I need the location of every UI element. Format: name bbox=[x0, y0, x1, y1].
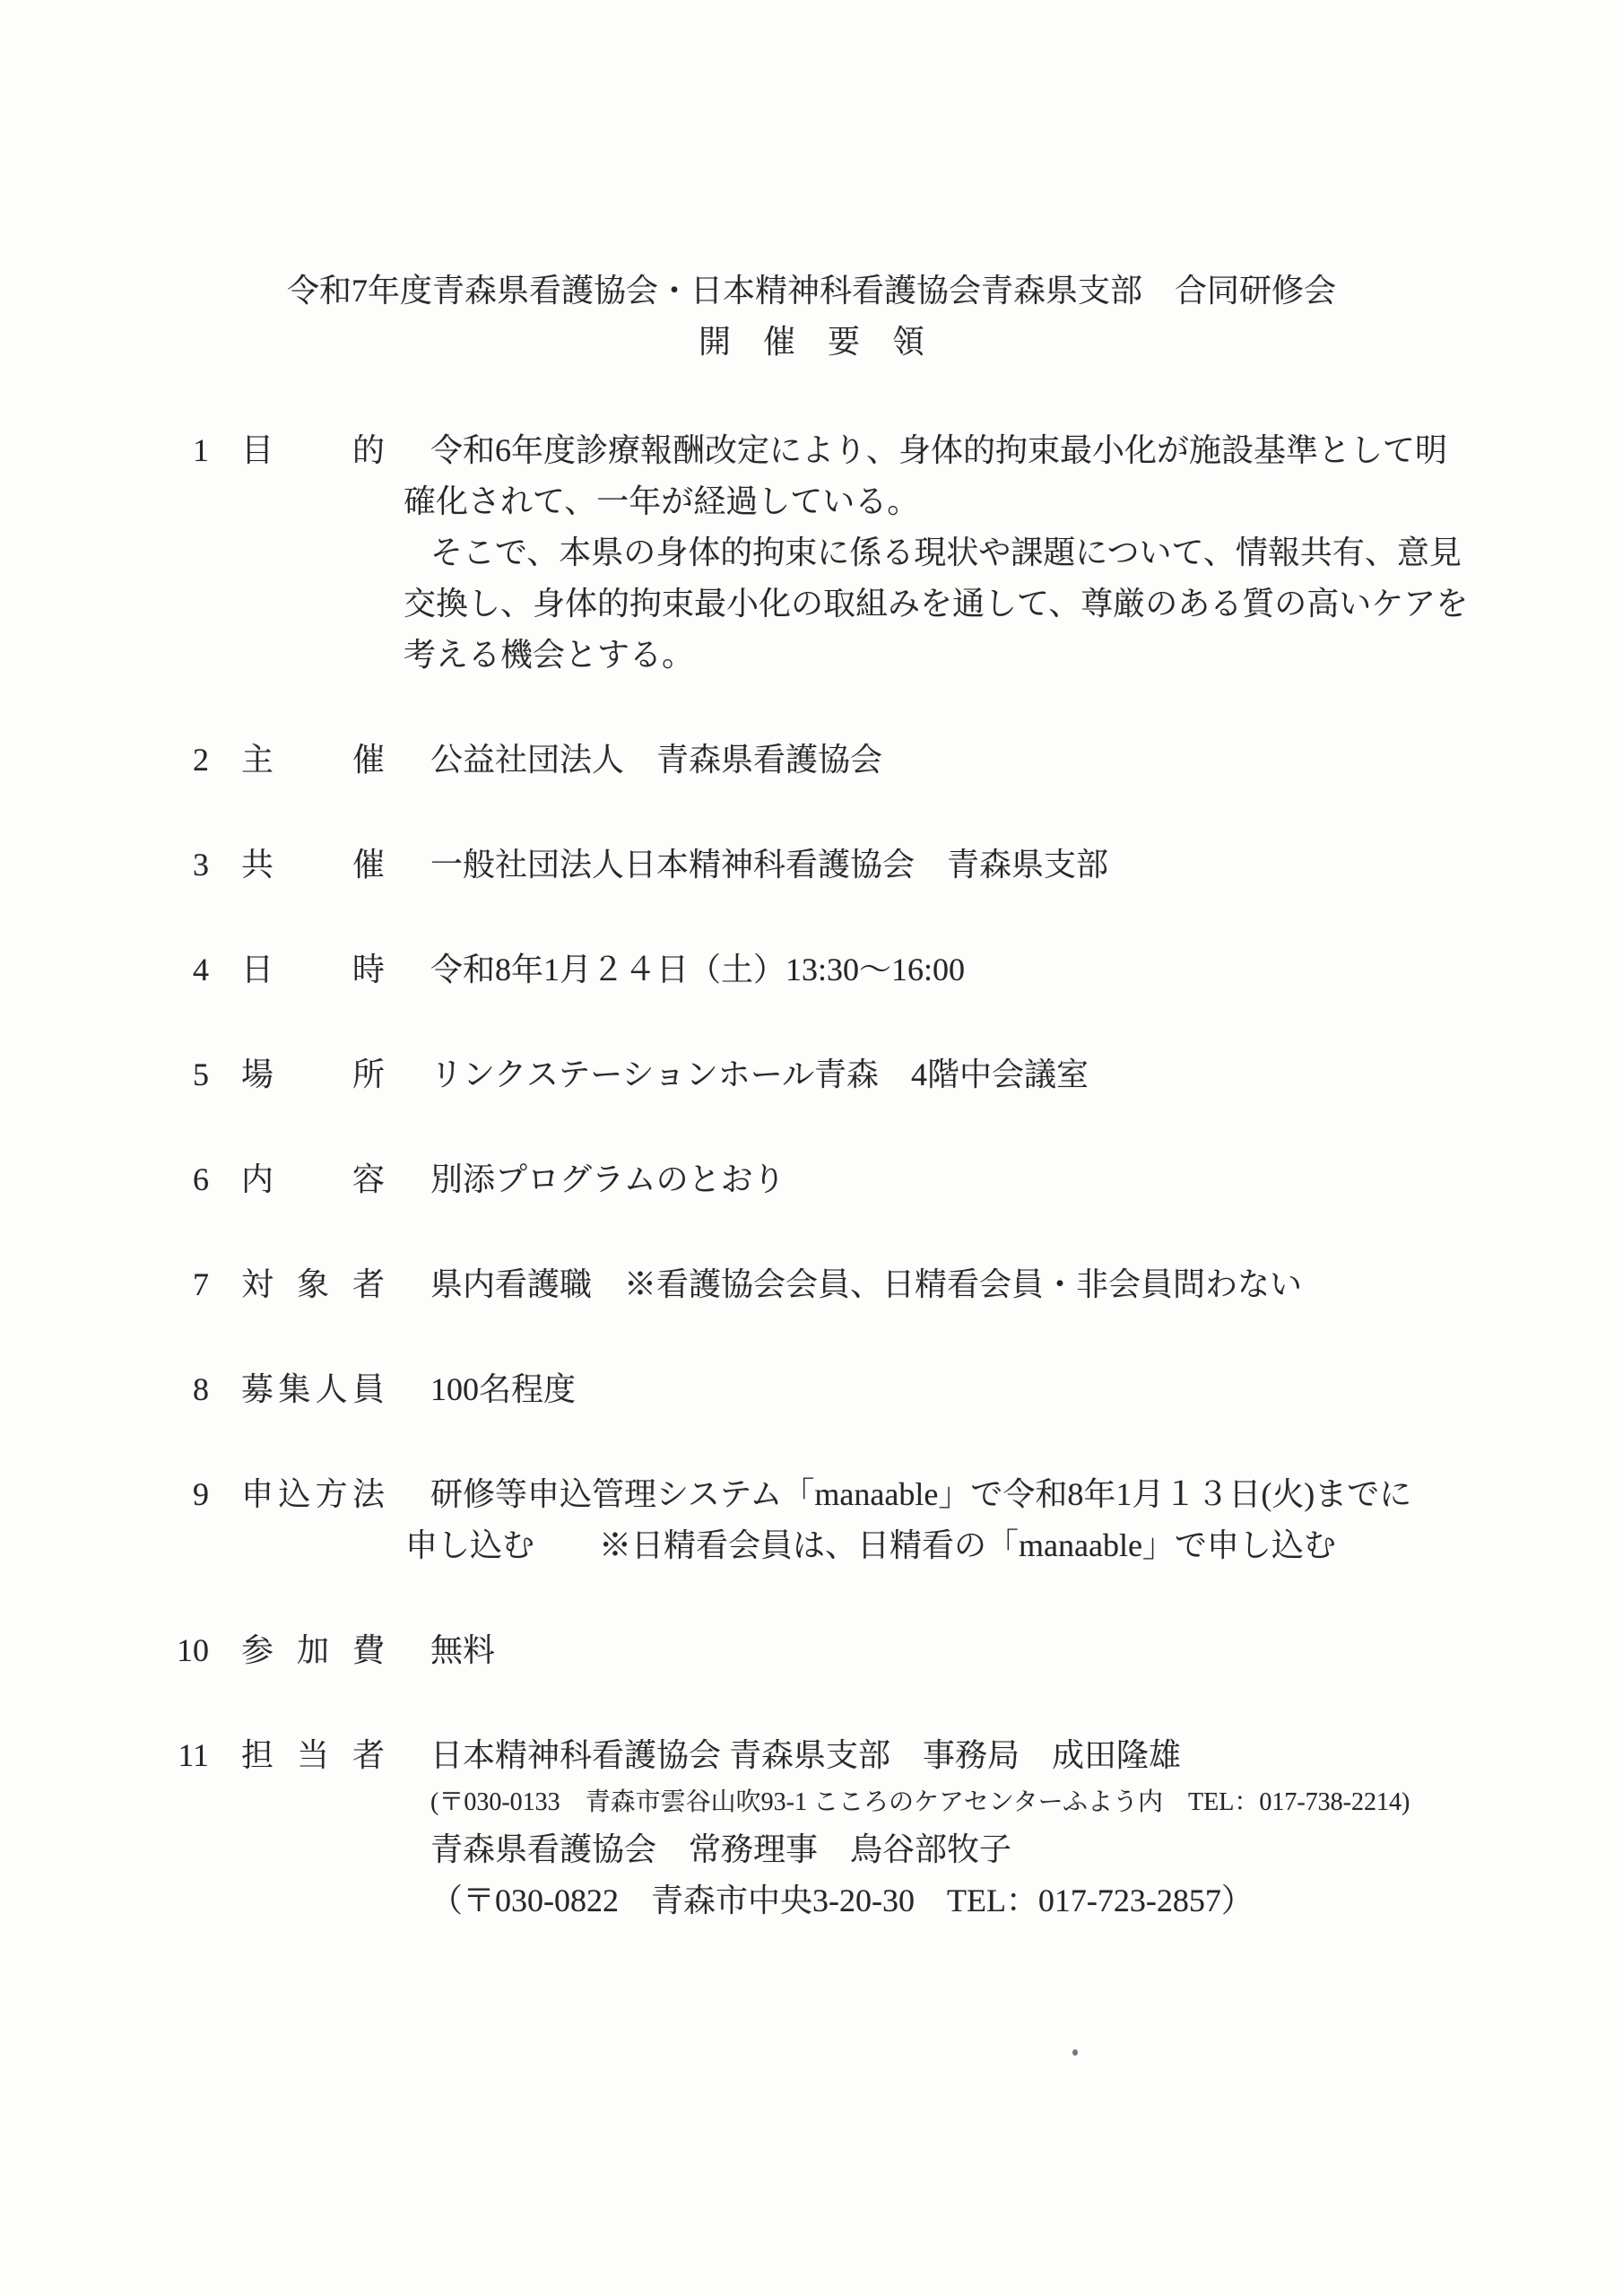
content-line: 申し込む ※日精看会員は、日精看の「manaable」で申し込む bbox=[405, 1520, 1623, 1571]
section-number: 3 bbox=[157, 839, 209, 891]
section-label: 募集人員 bbox=[241, 1364, 385, 1415]
section-label: 担当者 bbox=[241, 1730, 385, 1781]
section-row-organizer: 2 主催 公益社団法人 青森県看護協会 bbox=[0, 735, 1623, 786]
section-content: 一般社団法人日本精神科看護協会 青森県支部 bbox=[430, 839, 1623, 891]
section-content: 令和6年度診療報酬改定により、身体的拘束最小化が施設基準として明 確化されて、一… bbox=[404, 425, 1623, 681]
section-number: 2 bbox=[157, 735, 209, 786]
section-number: 6 bbox=[157, 1154, 209, 1205]
content-line: 令和6年度診療報酬改定により、身体的拘束最小化が施設基準として明 bbox=[404, 425, 1623, 476]
section-content: 研修等申込管理システム「manaable」で令和8年1月１３日(火)までに 申し… bbox=[430, 1469, 1623, 1571]
content-line: 県内看護職 ※看護協会会員、日精看会員・非会員問わない bbox=[430, 1259, 1623, 1310]
section-label: 目的 bbox=[241, 425, 385, 476]
section-row-capacity: 8 募集人員 100名程度 bbox=[0, 1364, 1623, 1415]
section-number: 9 bbox=[157, 1469, 209, 1520]
content-line-address: （〒030-0822 青森市中央3-20-30 TEL：017-723-2857… bbox=[430, 1875, 1623, 1926]
content-line: そこで、本県の身体的拘束に係る現状や課題について、情報共有、意見 bbox=[404, 527, 1623, 578]
section-content: 別添プログラムのとおり bbox=[430, 1154, 1623, 1205]
section-number: 1 bbox=[157, 425, 209, 476]
section-label: 場所 bbox=[241, 1049, 385, 1100]
section-number: 8 bbox=[157, 1364, 209, 1415]
section-row-venue: 5 場所 リンクステーションホール青森 4階中会議室 bbox=[0, 1049, 1623, 1100]
section-row-datetime: 4 日時 令和8年1月２４日（土）13:30～16:00 bbox=[0, 944, 1623, 996]
section-label: 対象者 bbox=[241, 1259, 385, 1310]
content-line: 考える機会とする。 bbox=[404, 630, 1623, 681]
section-row-contact: 11 担当者 日本精神科看護協会 青森県支部 事務局 成田隆雄 (〒030-01… bbox=[0, 1730, 1623, 1926]
content-line: リンクステーションホール青森 4階中会議室 bbox=[430, 1049, 1623, 1100]
section-content: 公益社団法人 青森県看護協会 bbox=[430, 735, 1623, 786]
section-number: 11 bbox=[157, 1730, 209, 1781]
section-list: 1 目的 令和6年度診療報酬改定により、身体的拘束最小化が施設基準として明 確化… bbox=[0, 425, 1623, 1926]
content-line: 確化されて、一年が経過している。 bbox=[404, 476, 1623, 527]
section-label: 主催 bbox=[241, 735, 385, 786]
content-line: 日本精神科看護協会 青森県支部 事務局 成田隆雄 bbox=[430, 1730, 1623, 1781]
content-line: 一般社団法人日本精神科看護協会 青森県支部 bbox=[430, 839, 1623, 891]
section-label: 共催 bbox=[241, 839, 385, 891]
content-line: 研修等申込管理システム「manaable」で令和8年1月１３日(火)までに bbox=[430, 1469, 1623, 1520]
section-content: 日本精神科看護協会 青森県支部 事務局 成田隆雄 (〒030-0133 青森市雲… bbox=[430, 1730, 1623, 1926]
content-line: 公益社団法人 青森県看護協会 bbox=[430, 735, 1623, 786]
section-content: リンクステーションホール青森 4階中会議室 bbox=[430, 1049, 1623, 1100]
content-line: 100名程度 bbox=[430, 1364, 1623, 1415]
content-line-address: (〒030-0133 青森市雲谷山吹93-1 こころのケアセンターふよう内 TE… bbox=[430, 1781, 1623, 1824]
content-line: 令和8年1月２４日（土）13:30～16:00 bbox=[430, 944, 1623, 996]
section-row-program: 6 内容 別添プログラムのとおり bbox=[0, 1154, 1623, 1205]
section-row-purpose: 1 目的 令和6年度診療報酬改定により、身体的拘束最小化が施設基準として明 確化… bbox=[0, 425, 1623, 681]
section-label: 日時 bbox=[241, 944, 385, 996]
section-content: 無料 bbox=[430, 1625, 1623, 1676]
section-content: 100名程度 bbox=[430, 1364, 1623, 1415]
section-row-target: 7 対象者 県内看護職 ※看護協会会員、日精看会員・非会員問わない bbox=[0, 1259, 1623, 1310]
content-line: 別添プログラムのとおり bbox=[430, 1154, 1623, 1205]
document-title: 令和7年度青森県看護協会・日本精神科看護協会青森県支部 合同研修会 bbox=[0, 265, 1623, 317]
section-row-co-organizer: 3 共催 一般社団法人日本精神科看護協会 青森県支部 bbox=[0, 839, 1623, 891]
section-content: 県内看護職 ※看護協会会員、日精看会員・非会員問わない bbox=[430, 1259, 1623, 1310]
document-header: 令和7年度青森県看護協会・日本精神科看護協会青森県支部 合同研修会 開 催 要 … bbox=[0, 0, 1623, 368]
document-subtitle: 開 催 要 領 bbox=[0, 317, 1623, 368]
section-row-fee: 10 参加費 無料 bbox=[0, 1625, 1623, 1676]
content-line: 無料 bbox=[430, 1625, 1623, 1676]
section-content: 令和8年1月２４日（土）13:30～16:00 bbox=[430, 944, 1623, 996]
section-label: 内容 bbox=[241, 1154, 385, 1205]
section-number: 10 bbox=[157, 1625, 209, 1676]
scanned-document-page: 令和7年度青森県看護協会・日本精神科看護協会青森県支部 合同研修会 開 催 要 … bbox=[0, 0, 1623, 2296]
section-label: 参加費 bbox=[241, 1625, 385, 1676]
content-line: 交換し、身体的拘束最小化の取組みを通して、尊厳のある質の高いケアを bbox=[404, 578, 1623, 630]
section-number: 4 bbox=[157, 944, 209, 996]
section-number: 7 bbox=[157, 1259, 209, 1310]
section-label: 申込方法 bbox=[241, 1469, 385, 1520]
section-number: 5 bbox=[157, 1049, 209, 1100]
content-line: 青森県看護協会 常務理事 鳥谷部牧子 bbox=[430, 1824, 1623, 1875]
scan-artifact-dot bbox=[1072, 2049, 1078, 2056]
section-row-application: 9 申込方法 研修等申込管理システム「manaable」で令和8年1月１３日(火… bbox=[0, 1469, 1623, 1571]
